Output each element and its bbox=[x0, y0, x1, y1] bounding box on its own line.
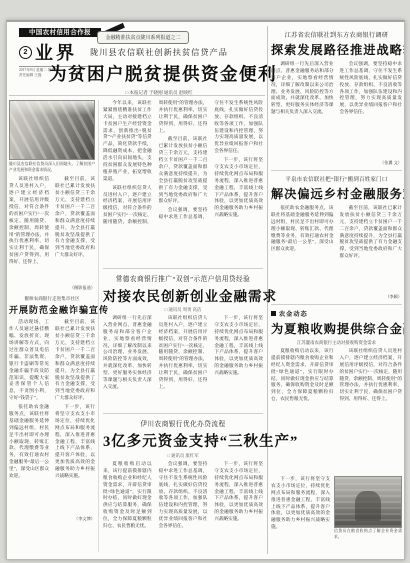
right1-signature: （张翼 文） bbox=[271, 160, 402, 166]
left-sub-body: 活动现场，工作人员通过悬挂横幅、发放折页、现场讲解等方式，向过往群众普及电信诈骗… bbox=[9, 319, 95, 515]
left-sub-signature: （李文博） bbox=[9, 516, 95, 522]
left-rail: 陇川县农信联社信贷员深入田间地头，了解贫困户产业发展和资金需求情况。 该联社组织… bbox=[9, 100, 95, 522]
right2-body: 依托助农金融服务点，该联社将基础金融服务延伸到偏远村组，村民足不出村即可办理小额… bbox=[271, 205, 402, 293]
photo-figure-silhouette bbox=[355, 491, 381, 521]
newspaper-brand: 中国农村信用合作报 bbox=[19, 28, 101, 37]
paragraph: 下一步，该行将坚守支农支小市场定位，持续优化网点布局和服务流程，深入推进普惠金融… bbox=[55, 404, 95, 480]
paragraph: 调研组一行先后深入营业网点、普惠金融服务站和部分客户企业，实地察看经营情况，详细… bbox=[271, 61, 334, 116]
paragraph: 调研组一行先后深入营业网点、普惠金融服务站和部分客户企业，实地察看经营情况，详细… bbox=[103, 315, 152, 391]
column-tag-label: 农金动态 bbox=[279, 309, 308, 318]
right1-body: 调研组一行先后深入营业网点、普惠金融服务站和部分客户企业，实地察看经营情况，详细… bbox=[271, 61, 402, 159]
right3-headline: 为夏粮收购提供综合金融服务 bbox=[271, 320, 402, 337]
center3-body: 夏粮收购启动以来，该行提前摸排辖内粮食收购企业和经纪人资金需求，开辟信贷审批“绿… bbox=[103, 461, 263, 557]
paragraph: 依托助农金融服务点，该联社将基础金融服务延伸到偏远村组，村民足不出村即可办理小额… bbox=[9, 404, 49, 480]
paragraph: 今年以来，该联社紧紧围绕精准扶贫工作大局，主动对接建档立卡贫困户生产经营资金需求… bbox=[103, 100, 152, 183]
column-tag: 农金动态 bbox=[271, 309, 402, 318]
right3-photo-caption: 信贷员在粮食收购点了解企业资金需求。 bbox=[334, 529, 402, 540]
center2-body: 调研组一行先后深入营业网点、普惠金融服务站和部分客户企业，实地察看经营情况，详细… bbox=[103, 315, 263, 409]
center-article-3: 伊川农商银行优化办贷流程 3亿多元资金支持“三秋生产” □ 通讯员 康红军 夏粮… bbox=[103, 418, 263, 557]
center-column: 今年以来，该联社紧紧围绕精准扶贫工作大局，主动对接建档立卡贫困户生产经营资金需求… bbox=[103, 100, 263, 557]
right-rail: 江苏省农信联社到东方农商银行调研 探索发展路径推进战略转型 调研组一行先后深入营… bbox=[271, 30, 402, 540]
paragraph: 截至目前，该联社已累计发放扶贫小额信贷三千余万元，支持建档立卡贫困户一千二百余户… bbox=[55, 176, 95, 259]
right3-photo-row: 下一步，该行将坚守支农支小市场定位，持续优化网点布局和服务流程，深入推进普惠金融… bbox=[271, 476, 402, 540]
series-banner: 金融精准扶贫点陇川系列报道之二 bbox=[97, 31, 189, 44]
left-sub-headline: 开展防范金融诈骗宣传 bbox=[9, 303, 95, 316]
lead-photo-caption: 陇川县农信联社信贷员深入田间地头，了解贫困户产业发展和资金需求情况。 bbox=[9, 162, 95, 173]
paragraph: 截至目前，该联社已累计发放扶贫小额信贷三千余万元，支持建档立卡贫困户一千二百余户… bbox=[340, 205, 403, 260]
newspaper-scan: 中国农村信用合作报 2 业界 2017年9月 星期二 第2版 责任编辑 王磊 金… bbox=[0, 0, 410, 563]
right2-headline: 解决偏远乡村金融服务难题 bbox=[271, 185, 402, 202]
article-divider bbox=[103, 268, 263, 269]
page-number-badge: 2 bbox=[19, 46, 32, 59]
header-divider bbox=[9, 95, 265, 96]
article-divider bbox=[271, 170, 402, 171]
right3-photo bbox=[334, 476, 402, 528]
newspaper-page: 中国农村信用合作报 2 业界 2017年9月 星期二 第2版 责任编辑 王磊 金… bbox=[6, 20, 405, 560]
paragraph: 下一步，该行将坚守支农支小市场定位，持续优化网点布局和服务流程，深入推进普惠金融… bbox=[214, 461, 263, 523]
center3-eyebrow: 伊川农商银行优化办贷流程 bbox=[103, 418, 263, 428]
paragraph: 下一步，该行将坚守支农支小市场定位，持续优化网点布局和服务流程，深入推进普惠金融… bbox=[271, 476, 330, 531]
paragraph: 会议强调，要坚持稳中求进工作总基调，守住不发生系统性风险底线，扎实做好信贷投放、… bbox=[340, 61, 403, 116]
left-sub-article: 偃师农商银行走进集市社区 开展防范金融诈骗宣传 活动现场，工作人员通过悬挂横幅、… bbox=[9, 296, 95, 522]
left-sub-eyebrow: 偃师农商银行走进集市社区 bbox=[9, 296, 95, 302]
right1-headline: 探索发展路径推进战略转型 bbox=[271, 41, 402, 58]
paragraph: 该联社组织信贷人员进村入户，逐户建立经济档案，开展信用评级授信，对符合条件的贫困… bbox=[340, 348, 403, 403]
center2-eyebrow: 常德农商银行推广“双创”示范户信用贷经验 bbox=[103, 273, 263, 283]
center3-headline: 3亿多元资金支持“三秋生产” bbox=[103, 430, 263, 451]
lead-photo bbox=[9, 100, 95, 160]
right3-body-continued: 下一步，该行将坚守支农支小市场定位，持续优化网点布局和服务流程，深入推进普惠金融… bbox=[271, 476, 330, 540]
left-rail-divider bbox=[98, 100, 99, 552]
lead-signature: （摄影报道） bbox=[9, 285, 95, 291]
lead-eyebrow: 陇川县农信联社创新扶贫信贷产品 bbox=[49, 47, 269, 58]
paragraph: 下一步，该行将坚守支农支小市场定位，持续优化网点布局和服务流程，深入推进普惠金融… bbox=[214, 157, 263, 219]
lead-body-left-column: 该联社组织信贷人员进村入户，逐户建立经济档案，开展信用评级授信，对符合条件的贫困… bbox=[9, 176, 95, 284]
center2-headline: 对接农民创新创业金融需求 bbox=[103, 285, 263, 305]
paragraph: 夏粮收购启动以来，该行提前摸排辖内粮食收购企业和经纪人资金需求，开辟信贷审批“绿… bbox=[103, 461, 152, 530]
center2-byline: □ 通讯员 周勇 高洁 bbox=[103, 307, 263, 313]
paragraph: 该联社组织信贷人员进村入户，逐户建立经济档案，开展信用评级授信，对符合条件的贫困… bbox=[159, 315, 208, 391]
paragraph: 依托助农金融服务点，该联社将基础金融服务延伸到偏远村组，村民足不出村即可办理小额… bbox=[271, 205, 334, 253]
paragraph: 活动现场，工作人员通过悬挂横幅、发放折页、现场讲解等方式，向过往群众普及电信诈骗… bbox=[9, 319, 49, 402]
center-article-2: 常德农商银行推广“双创”示范户信用贷经验 对接农民创新创业金融需求 □ 通讯员 … bbox=[103, 273, 263, 409]
square-bullet-icon bbox=[271, 311, 276, 316]
paragraph: 截至目前，该联社已累计发放扶贫小额信贷三千余万元，支持建档立卡贫困户一千二百余户… bbox=[55, 319, 95, 402]
paragraph: 会议强调，要坚持稳中求进工作总基调，守住不发生系统性风险底线，扎实做好信贷投放、… bbox=[159, 461, 208, 530]
center3-byline: □ 通讯员 康红军 bbox=[103, 453, 263, 459]
right2-eyebrow: 平泉市农信联社把“银行”搬到百姓家门口 bbox=[271, 175, 402, 183]
right-article-1: 江苏省农信联社到东方农商银行调研 探索发展路径推进战略转型 调研组一行先后深入营… bbox=[271, 30, 402, 166]
right3-photo-block: 信贷员在粮食收购点了解企业资金需求。 bbox=[334, 476, 402, 540]
right3-body: 夏粮收购启动以来，该行提前摸排辖内粮食收购企业和经纪人资金需求，开辟信贷审批“绿… bbox=[271, 348, 402, 474]
paragraph: 截至目前，该联社已累计发放扶贫小额信贷三千余万元，支持建档立卡贫困户一千二百余户… bbox=[159, 136, 208, 205]
paragraph: 下一步，该行将坚守支农支小市场定位，持续优化网点布局和服务流程，深入推进普惠金融… bbox=[214, 315, 263, 377]
lead-article-header: 陇川县农信联社创新扶贫信贷产品 为贫困户脱贫提供资金便利 □ 本报记者 于晓刚 … bbox=[49, 47, 269, 96]
article-divider bbox=[103, 413, 263, 414]
article-divider bbox=[271, 304, 402, 305]
lead-body: 今年以来，该联社紧紧围绕精准扶贫工作大局，主动对接建档立卡贫困户生产经营资金需求… bbox=[103, 100, 263, 264]
photo-field-texture bbox=[10, 101, 94, 159]
paragraph: 该联社组织信贷人员进村入户，逐户建立经济档案，开展信用评级授信，对符合条件的贫困… bbox=[9, 176, 49, 266]
right3-subline: 江苏灌南农商银行主动对接收购资金需求 bbox=[271, 340, 402, 346]
lead-headline: 为贫困户脱贫提供资金便利 bbox=[49, 61, 269, 86]
right-article-3: 农金动态 为夏粮收购提供综合金融服务 江苏灌南农商银行主动对接收购资金需求 夏粮… bbox=[271, 309, 402, 540]
right-article-2: 平泉市农信联社把“银行”搬到百姓家门口 解决偏远乡村金融服务难题 依托助农金融服… bbox=[271, 175, 402, 300]
right1-eyebrow: 江苏省农信联社到东方农商银行调研 bbox=[271, 30, 402, 39]
paragraph: 夏粮收购启动以来，该行提前摸排辖内粮食收购企业和经纪人资金需求，开辟信贷审批“绿… bbox=[271, 348, 334, 403]
right2-signature: （李颖） bbox=[271, 294, 402, 300]
